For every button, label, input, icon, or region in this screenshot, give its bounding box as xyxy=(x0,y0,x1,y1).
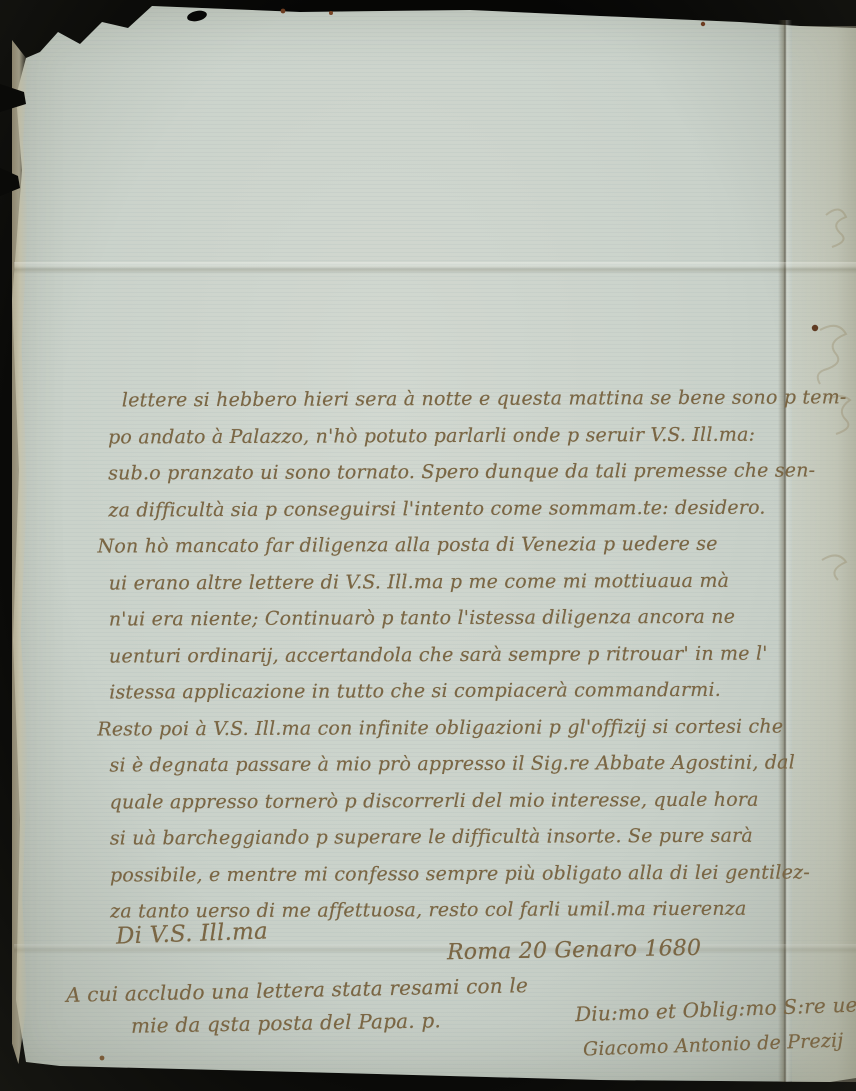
body-line: n'ui era niente; Continuarò p tanto l'is… xyxy=(97,598,797,638)
body-line: za difficultà sia p conseguirsi l'intent… xyxy=(96,489,796,529)
body-line: ui erano altre lettere di V.S. Ill.ma p … xyxy=(97,562,797,602)
closing-addressee: Di V.S. Ill.ma xyxy=(116,918,269,949)
horizontal-fold-crease-upper xyxy=(14,262,856,274)
body-line: uenturi ordinarij, accertandola che sarà… xyxy=(97,635,797,675)
body-line: Non hò mancato far diligenza alla posta … xyxy=(96,525,796,565)
body-line: sub.o pranzato ui sono tornato. Spero du… xyxy=(96,452,796,492)
body-line: quale appresso tornerò p discorrerli del… xyxy=(98,781,798,821)
body-line: si uà barcheggiando p superare le diffic… xyxy=(98,817,798,857)
letter-body: lettere si hebbero hieri sera à notte e … xyxy=(96,379,798,930)
body-line: si è degnata passare à mio prò appresso … xyxy=(97,744,797,784)
body-line: lettere si hebbero hieri sera à notte e … xyxy=(96,379,796,419)
body-line: possibile, e mentre mi confesso sempre p… xyxy=(98,854,798,894)
scanned-letter-page: lettere si hebbero hieri sera à notte e … xyxy=(0,0,856,1091)
closing-dateline: Roma 20 Genaro 1680 xyxy=(447,936,702,965)
body-line: po andato à Palazzo, n'hò potuto parlarl… xyxy=(96,416,796,456)
body-line: Resto poi à V.S. Ill.ma con infinite obl… xyxy=(97,708,797,748)
body-line: istessa applicazione in tutto che si com… xyxy=(97,671,797,711)
folded-sheet-right-edge xyxy=(792,26,856,1082)
